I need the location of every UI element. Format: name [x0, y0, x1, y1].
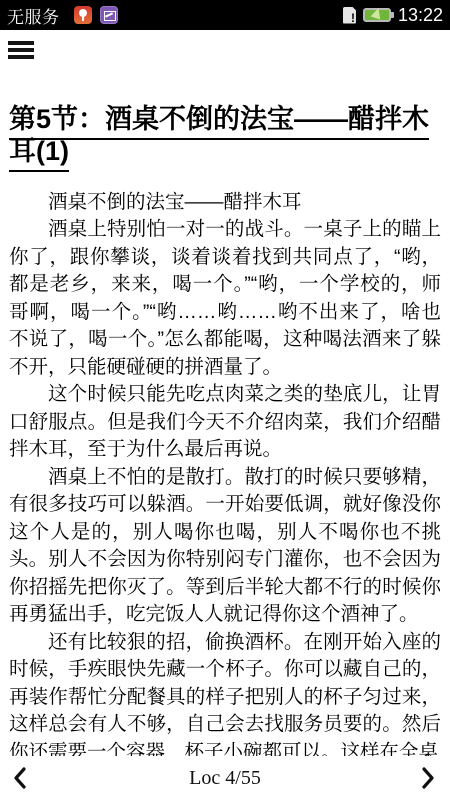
paragraph: 这个时候只能先吃点肉菜之类的垫底儿，让胃口舒服点。但是我们今天不介绍肉菜，我们介… [9, 381, 441, 464]
chevron-left-icon [13, 767, 27, 789]
purple-app-notification-icon [100, 6, 118, 24]
chapter-title: 第5节：酒桌不倒的法宝——醋拌木耳(1) [9, 103, 441, 168]
article: 第5节：酒桌不倒的法宝——醋拌木耳(1) 酒桌不倒的法宝——醋拌木耳 酒桌上特别… [0, 103, 450, 766]
status-bar: 无服务 13:22 [0, 0, 450, 30]
clock-label: 13:22 [398, 5, 443, 26]
paragraph: 酒桌上特别怕一对一的战斗。一桌子上的瞄上你了，跟你攀谈，谈着谈着找到共同点了，“… [9, 216, 441, 381]
reader-app-screen: 无服务 13:22 第5节：酒桌不倒的法宝——醋拌木耳(1) 酒桌不倒的法宝——… [0, 0, 450, 800]
prev-page-button[interactable] [13, 768, 29, 788]
footer-nav: Loc 4/55 [0, 756, 450, 800]
hamburger-icon [8, 48, 34, 52]
chevron-right-icon [421, 767, 435, 789]
battery-charging-icon [363, 8, 391, 22]
location-indicator: Loc 4/55 [189, 767, 261, 790]
notification-area [74, 6, 118, 24]
reading-area[interactable]: 酒桌不倒的法宝——醋拌木耳 酒桌上特别怕一对一的战斗。一桌子上的瞄上你了，跟你攀… [9, 189, 441, 767]
carrier-label: 无服务 [7, 3, 60, 28]
paragraph-subtitle: 酒桌不倒的法宝——醋拌木耳 [9, 189, 441, 217]
next-page-button[interactable] [421, 768, 437, 788]
sim-missing-icon [343, 7, 356, 24]
status-bar-right: 13:22 [343, 5, 443, 26]
hamburger-icon [8, 41, 34, 45]
paragraph: 酒桌上不怕的是散打。散打的时候只要够精，有很多技巧可以躲酒。一开始要低调，就好像… [9, 464, 441, 629]
red-app-notification-icon [74, 6, 92, 24]
menu-button[interactable] [8, 41, 34, 59]
hamburger-icon [8, 55, 34, 59]
paragraph: 还有比较狠的招，偷换酒杯。在刚开始入座的时候，手疾眼快先藏一个杯子。你可以藏自己… [9, 629, 441, 767]
